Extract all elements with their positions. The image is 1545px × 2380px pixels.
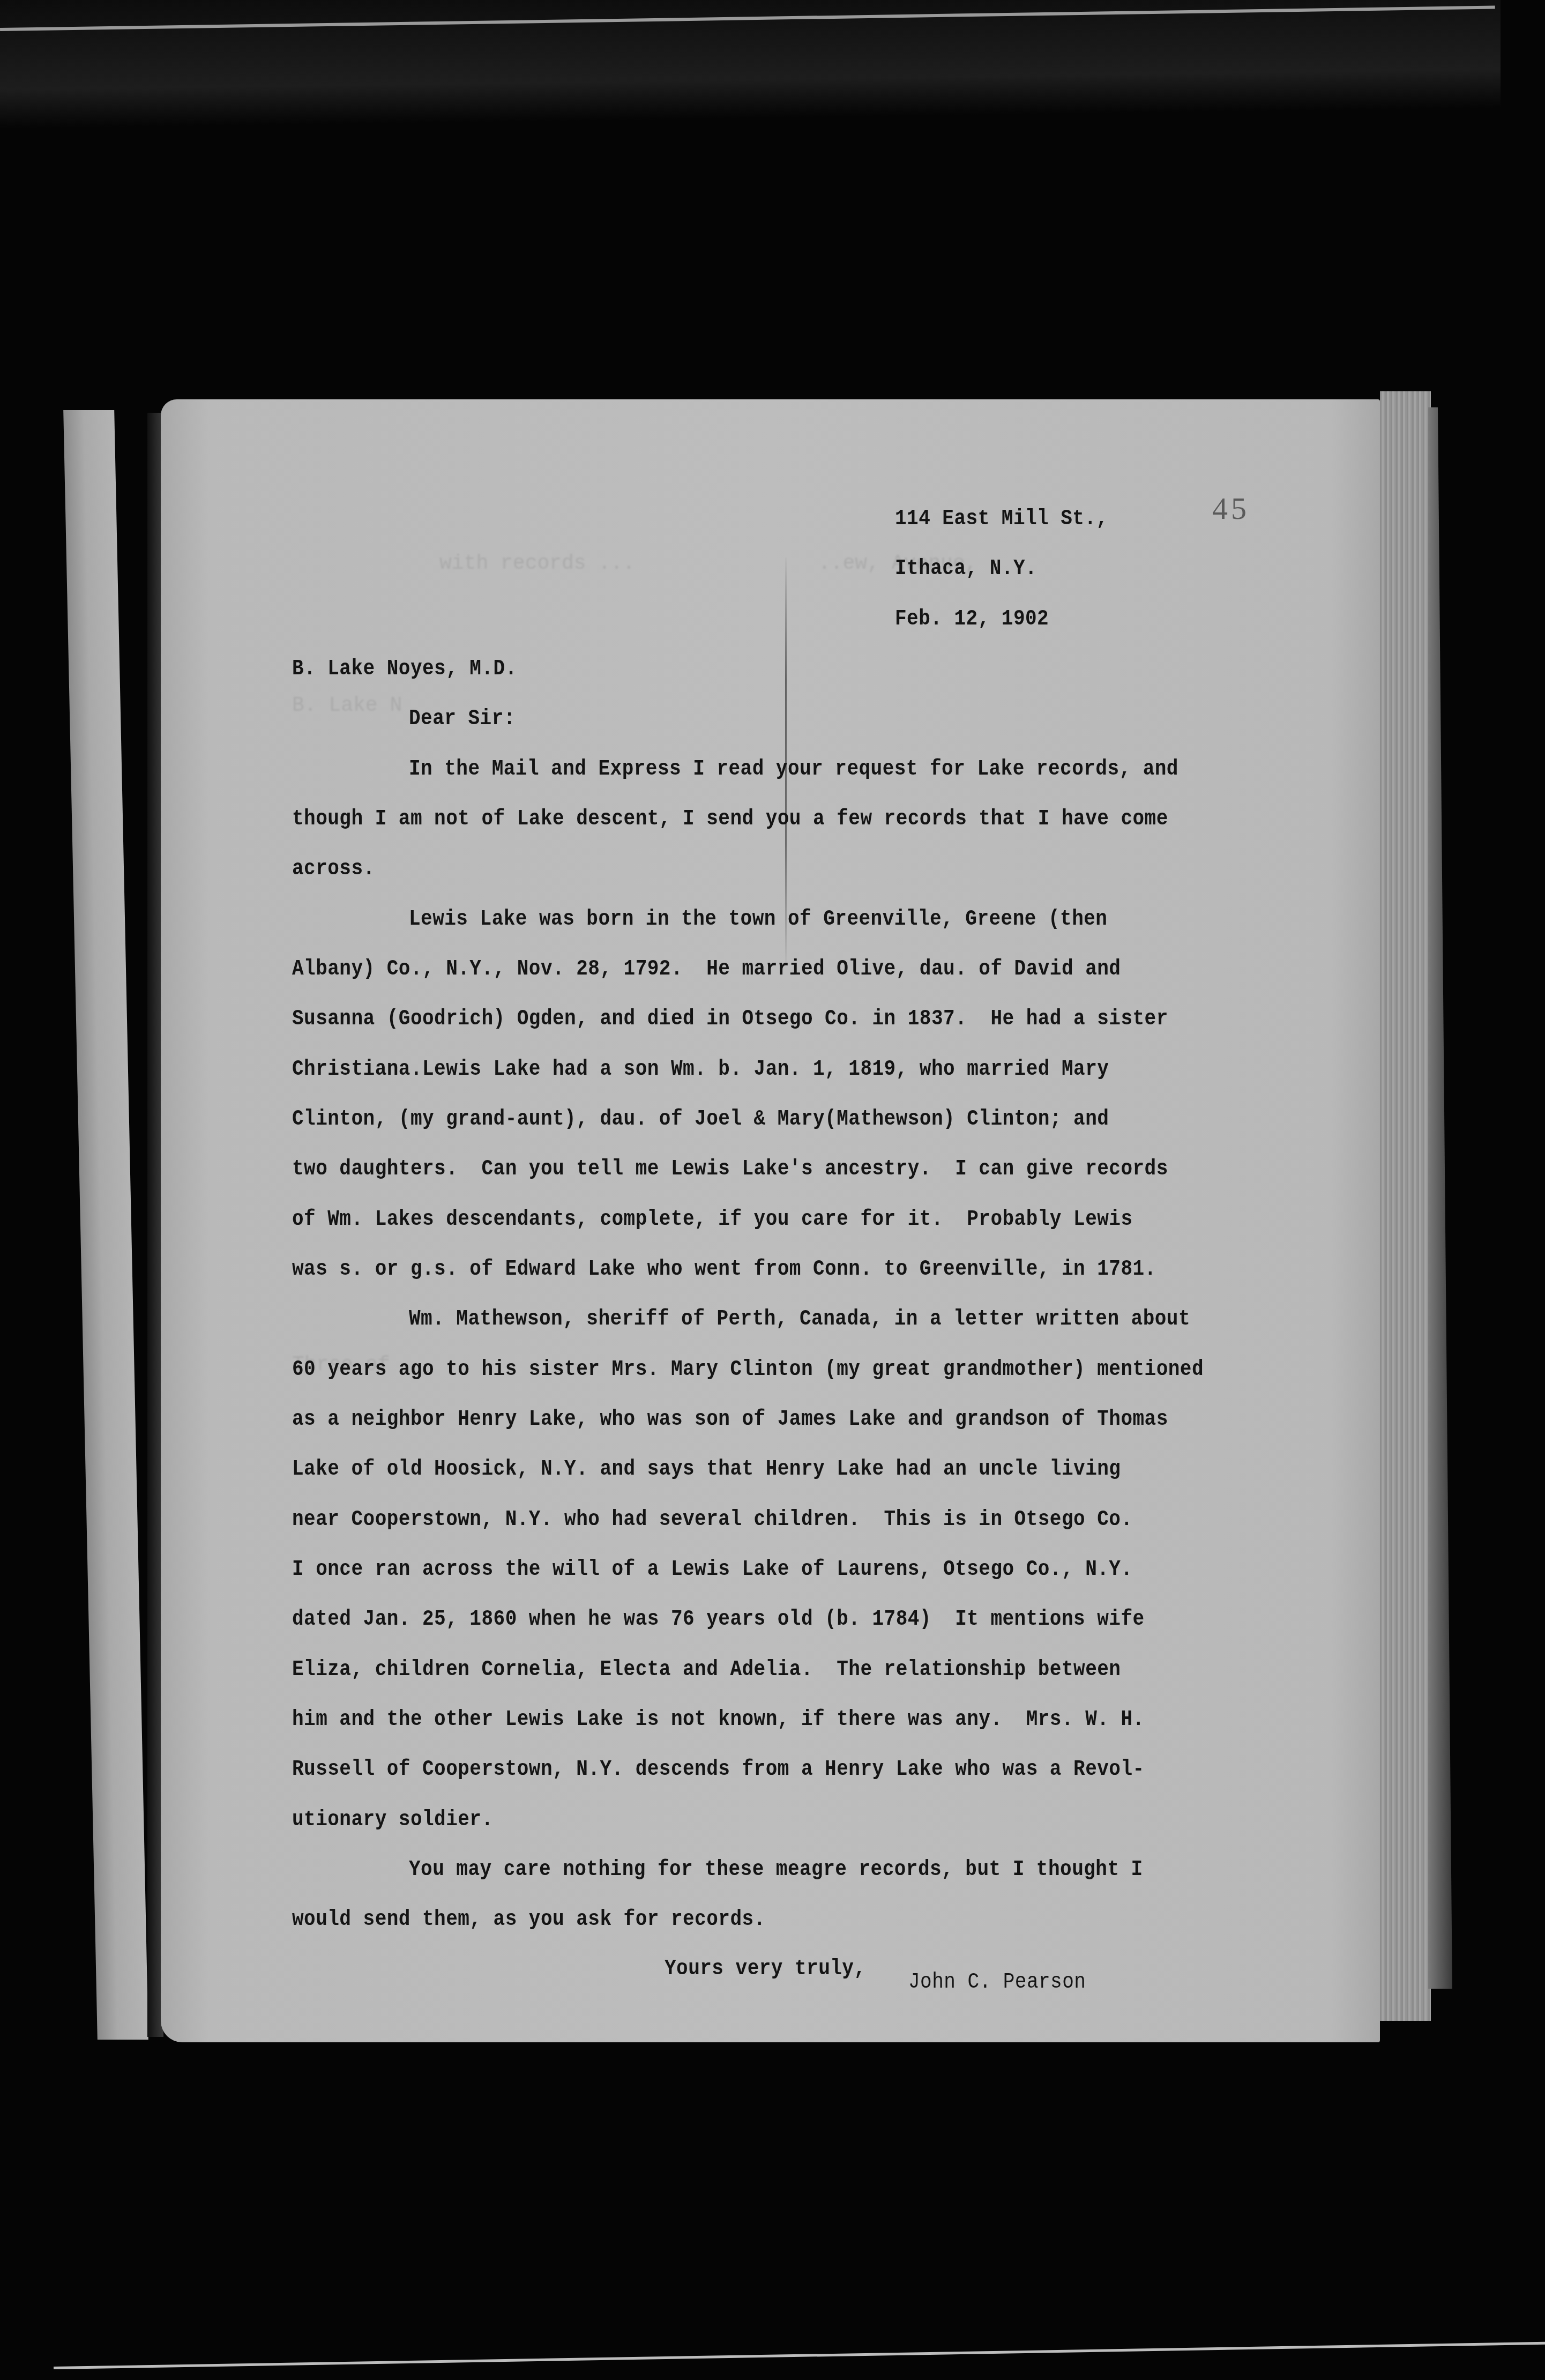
closing: Yours very truly, <box>665 1957 866 1981</box>
body-line: though I am not of Lake descent, I send … <box>292 807 1168 831</box>
sender-address: 114 East Mill St., <box>895 507 1108 531</box>
body-line: Christiana.Lewis Lake had a son Wm. b. J… <box>292 1057 1109 1082</box>
body-line: I once ran across the will of a Lewis La… <box>292 1557 1133 1582</box>
body-line: Wm. Mathewson, sheriff of Perth, Canada,… <box>409 1307 1190 1332</box>
body-line: of Wm. Lakes descendants, complete, if y… <box>292 1207 1133 1232</box>
signature: John C. Pearson <box>908 1970 1086 1995</box>
body-line: across. <box>292 857 375 881</box>
body-line: near Cooperstown, N.Y. who had several c… <box>292 1507 1133 1532</box>
body-line: two daughters. Can you tell me Lewis Lak… <box>292 1157 1168 1181</box>
body-line: Russell of Cooperstown, N.Y. descends fr… <box>292 1757 1145 1782</box>
body-line: would send them, as you ask for records. <box>292 1907 766 1932</box>
microfilm-edge-line <box>54 2342 1545 2369</box>
page-number-stamp: 45 <box>1212 490 1250 526</box>
body-line: was s. or g.s. of Edward Lake who went f… <box>292 1257 1156 1282</box>
body-line: him and the other Lewis Lake is not know… <box>292 1707 1145 1732</box>
facing-page-edge <box>63 410 148 2040</box>
salutation: Dear Sir: <box>409 706 516 731</box>
body-line: dated Jan. 25, 1860 when he was 76 years… <box>292 1607 1145 1632</box>
sender-city: Ithaca, N.Y. <box>895 556 1037 581</box>
recipient-name: B. Lake Noyes, M.D. <box>292 657 517 681</box>
letter-date: Feb. 12, 1902 <box>895 607 1049 631</box>
body-line: as a neighbor Henry Lake, who was son of… <box>292 1407 1168 1432</box>
body-line: Clinton, (my grand-aunt), dau. of Joel &… <box>292 1107 1109 1132</box>
bleed-through-text: B. Lake N <box>292 694 402 717</box>
body-line: Lewis Lake was born in the town of Green… <box>409 907 1107 932</box>
body-line: Lake of old Hoosick, N.Y. and says that … <box>292 1457 1121 1482</box>
body-line: Albany) Co., N.Y., Nov. 28, 1792. He mar… <box>292 957 1121 981</box>
body-line: In the Mail and Express I read your requ… <box>409 757 1178 782</box>
body-line: You may care nothing for these meagre re… <box>409 1857 1143 1882</box>
body-line: Susanna (Goodrich) Ogden, and died in Ot… <box>292 1007 1168 1031</box>
body-line: 60 years ago to his sister Mrs. Mary Cli… <box>292 1357 1204 1382</box>
body-line: utionary soldier. <box>292 1808 494 1832</box>
page-stack-edge <box>1380 391 1431 2021</box>
page-stack-shadow <box>1428 407 1452 1989</box>
body-line: Eliza, children Cornelia, Electa and Ade… <box>292 1657 1121 1682</box>
